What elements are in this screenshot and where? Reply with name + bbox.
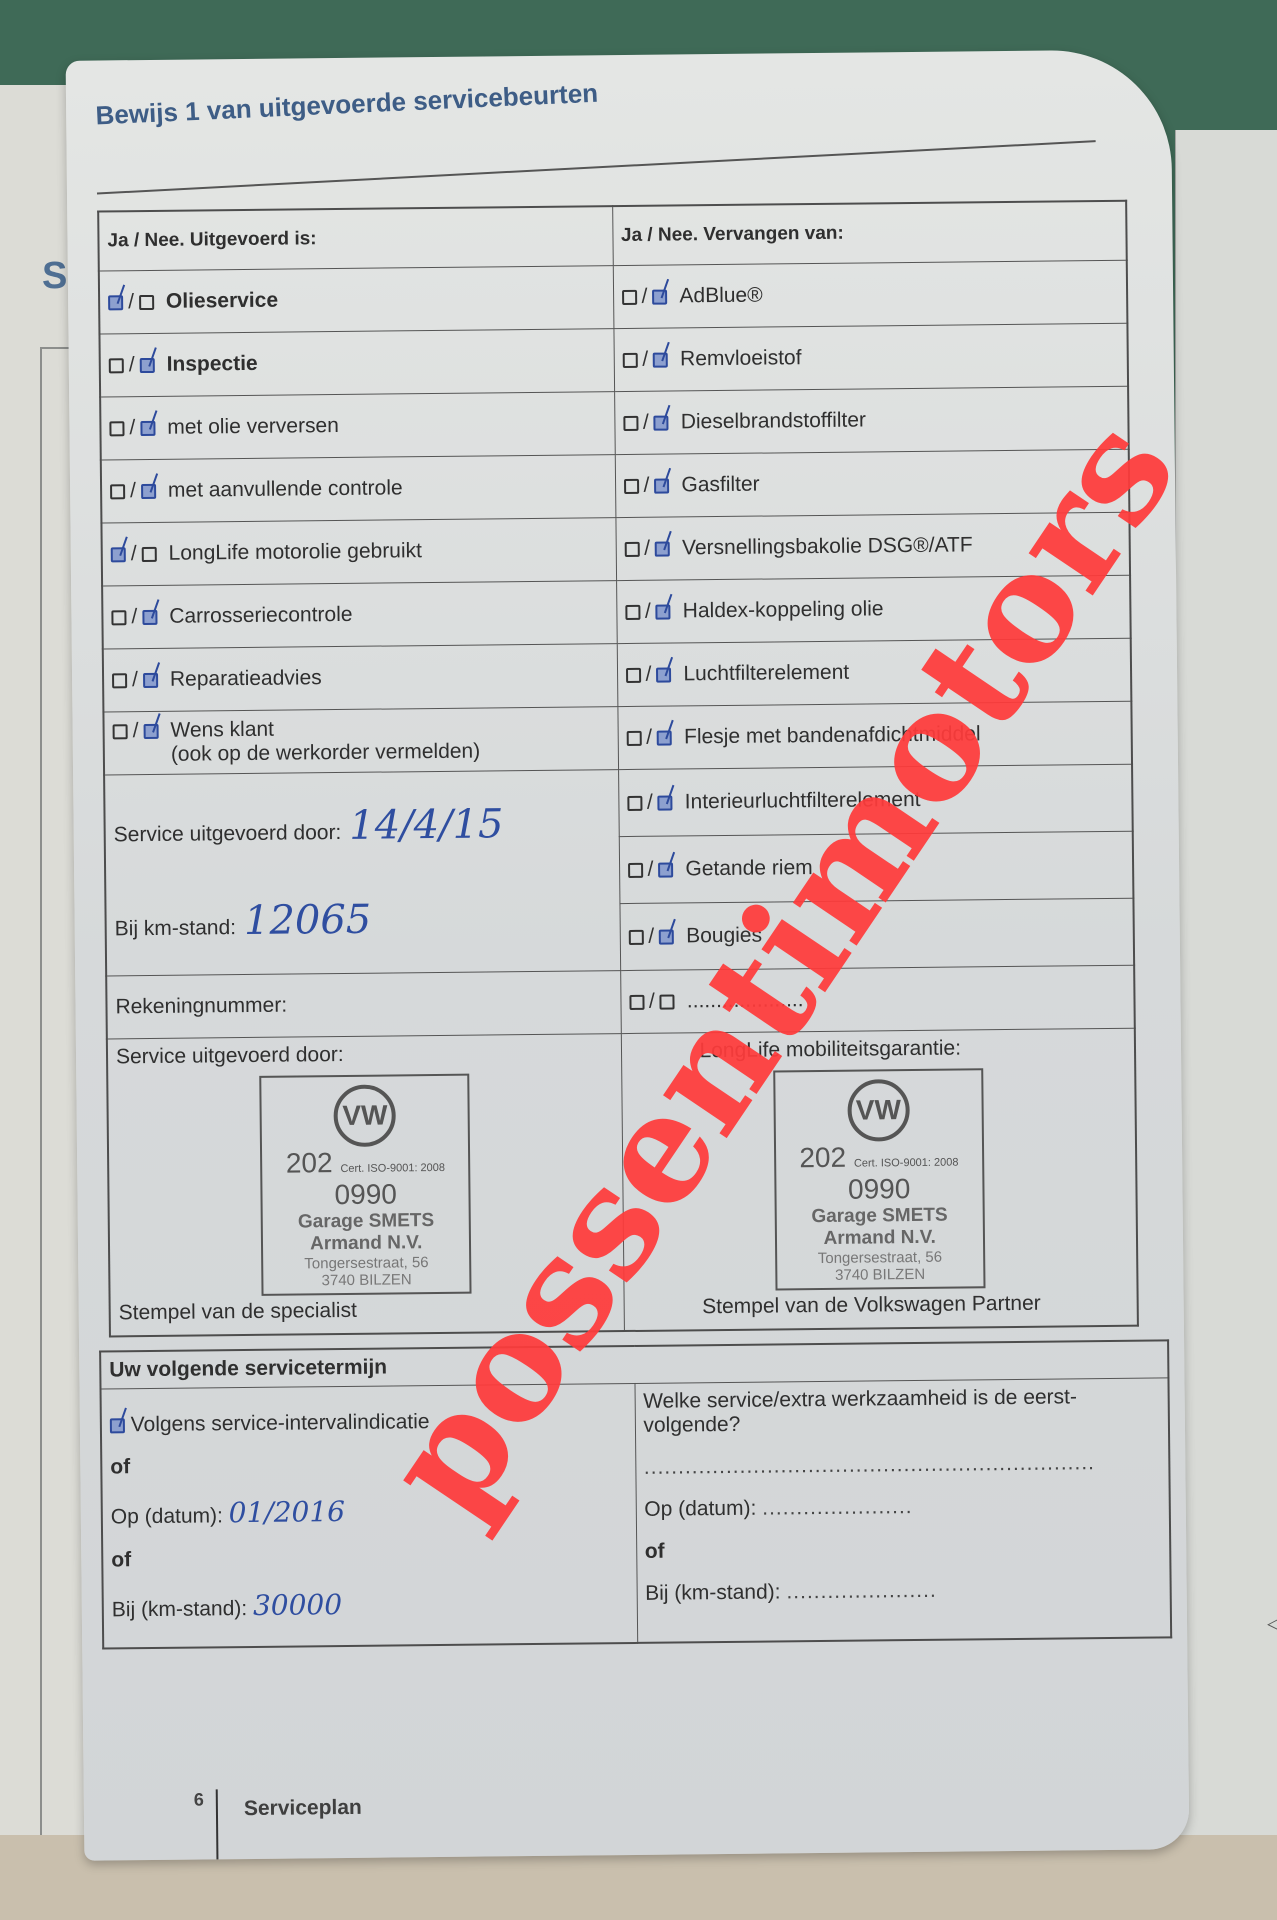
replaced-nee-checkbox[interactable] [657,730,672,745]
right-date-field[interactable]: ...................... [762,1495,913,1520]
slash-separator: / [643,411,649,434]
replaced-nee-checkbox[interactable] [654,478,669,493]
longlife-label: LongLife mobiliteitsgarantie: [699,1037,961,1063]
replaced-label: Gasfilter [681,473,759,497]
replaced-label: .................... [687,988,804,1012]
title-rule [97,140,1096,194]
performed-item: /met olie verversen [100,392,615,460]
performed-nee-checkbox[interactable] [141,484,156,499]
slash-separator: / [641,285,647,308]
replaced-ja-checkbox[interactable] [625,668,640,683]
performed-label: Olieservice [166,289,278,313]
performed-ja-checkbox[interactable] [112,673,127,688]
interval-checkbox[interactable] [110,1418,125,1433]
replaced-label: Luchtfilterelement [683,661,849,686]
next-service-table: Uw volgende servicetermijn Volgens servi… [99,1339,1172,1649]
table-row: Service uitgevoerd door:VW202 Cert. ISO-… [107,1028,1138,1336]
performed-label: LongLife motorolie gebruikt [168,539,422,565]
right-km-field[interactable]: ...................... [786,1579,937,1604]
next-km-handwritten[interactable]: 30000 [253,1588,342,1622]
table-row: /met olie verversen/Dieselbrandstoffilte… [100,386,1129,460]
or-label: of [110,1450,627,1479]
performed-label: Inspectie [167,352,258,376]
performed-ja-checkbox[interactable] [108,295,123,310]
replaced-item: /Remvloeistof [613,323,1128,391]
replaced-nee-checkbox[interactable] [660,994,675,1009]
replaced-ja-checkbox[interactable] [629,995,644,1010]
slash-separator: / [132,668,138,691]
stamp-address-1: Tongersestraat, 56 [263,1254,469,1273]
slash-separator: / [131,542,137,565]
replaced-item: /.................... [620,965,1135,1033]
performed-nee-checkbox[interactable] [143,673,158,688]
next-service-answer-line[interactable]: ........................................… [644,1450,1161,1479]
dealer-stamp-1: VW202 Cert. ISO-9001: 2008 0990Garage SM… [259,1074,471,1296]
performed-item: /Olieservice [99,266,614,334]
slash-separator: / [643,474,649,497]
km-label: Bij km-stand: [115,916,237,940]
slash-separator: / [131,605,137,628]
performed-ja-checkbox[interactable] [111,610,126,625]
next-service-right: Welke service/extra werkzaamheid is de e… [634,1378,1171,1643]
stamp-address-1: Tongersestraat, 56 [777,1248,983,1267]
specialist-stamp-cell: Service uitgevoerd door:VW202 Cert. ISO-… [107,1034,624,1337]
performed-label: Carrosseriecontrole [169,603,352,628]
table-row: /Reparatieadvies/Luchtfilterelement [103,638,1132,712]
slash-separator: / [649,990,655,1013]
replaced-item: /Haldex-koppeling olie [616,575,1131,643]
service-date-handwritten[interactable]: 14/4/15 [349,801,504,849]
stamp-address-2: 3740 BILZEN [777,1265,983,1284]
replaced-label: AdBlue® [679,284,762,308]
vw-logo-icon: VW [334,1084,397,1147]
service-date-cell: Service uitgevoerd door:14/4/15Bij km-st… [104,770,620,976]
performed-label: Reparatieadvies [170,666,322,691]
slash-separator: / [128,290,134,313]
replaced-ja-checkbox[interactable] [626,731,641,746]
slash-separator: / [646,726,652,749]
replaced-item: /Bougies [619,898,1134,970]
performed-header: Ja / Nee. Uitgevoerd is: [98,206,613,271]
next-km-label: Bij (km-stand): [112,1597,248,1621]
replaced-ja-checkbox[interactable] [624,542,639,557]
stamp-code-right: 0990 [334,1178,397,1210]
performed-label: met aanvullende controle [168,476,403,501]
replaced-header: Ja / Nee. Vervangen van: [612,201,1127,266]
performed-item: /Inspectie [99,329,614,397]
replaced-ja-checkbox[interactable] [628,930,643,945]
replaced-ja-checkbox[interactable] [627,796,642,811]
service-by-label-2: Service uitgevoerd door: [116,1043,344,1068]
slash-separator: / [129,416,135,439]
slash-separator: / [130,479,136,502]
stamp-code-left: 202 [286,1147,333,1178]
performed-item: /Reparatieadvies [103,644,618,712]
stamp-name-1: Garage SMETS [263,1210,469,1234]
slash-separator: / [642,348,648,371]
replaced-label: Dieselbrandstoffilter [681,408,866,433]
replaced-nee-checkbox[interactable] [655,541,670,556]
service-record-table: Ja / Nee. Uitgevoerd is: Ja / Nee. Verva… [97,200,1139,1338]
table-row: Service uitgevoerd door:14/4/15Bij km-st… [104,764,1133,842]
replaced-ja-checkbox[interactable] [623,416,638,431]
right-date-label: Op (datum): [644,1497,756,1521]
performed-ja-checkbox[interactable] [109,421,124,436]
replaced-item: /Flesje met bandenafdichtmiddel [617,701,1132,769]
performed-item: /Carrosseriecontrole [102,581,617,649]
dealer-stamp-2: VW202 Cert. ISO-9001: 2008 0990Garage SM… [773,1068,985,1290]
slash-separator: / [648,925,654,948]
replaced-label: Haldex-koppeling olie [683,597,884,622]
performed-label: met olie verversen [167,414,339,439]
replaced-label: Bougies [686,924,762,948]
replaced-item: /Interieurluchtfilterelement [618,764,1133,836]
performed-item: /Wens klant(ook op de werkorder vermelde… [103,707,618,775]
replaced-nee-checkbox[interactable] [659,929,674,944]
invoice-label: Rekeningnummer: [115,994,287,1019]
replaced-item: /Dieselbrandstoffilter [614,386,1129,454]
slash-separator: / [645,600,651,623]
slash-separator: / [129,353,135,376]
performed-nee-checkbox[interactable] [142,610,157,625]
next-date-handwritten[interactable]: 01/2016 [229,1495,346,1529]
stamp-code-left: 202 [799,1142,846,1173]
page-number: 6 [194,1789,204,1810]
replaced-nee-checkbox[interactable] [658,862,673,877]
specialist-stamp-label: Stempel van de specialist [119,1299,357,1324]
replaced-nee-checkbox[interactable] [656,667,671,682]
slash-separator: / [647,791,653,814]
replaced-label: Interieurluchtfilterelement [685,788,921,813]
replaced-ja-checkbox[interactable] [625,605,640,620]
or-label: of [111,1543,628,1572]
invoice-cell: Rekeningnummer: [106,971,621,1039]
right-km-label: Bij (km-stand): [645,1580,781,1604]
vw-partner-stamp-label: Stempel van de Volkswagen Partner [702,1292,1041,1319]
performed-nee-checkbox[interactable] [143,724,158,739]
performed-ja-checkbox[interactable] [110,484,125,499]
performed-item: /met aanvullende controle [101,455,616,523]
stamp-name-2: Armand N.V. [777,1226,983,1250]
replaced-nee-checkbox[interactable] [652,289,667,304]
vw-partner-stamp-cell: LongLife mobiliteitsgarantie:VW202 Cert.… [621,1028,1138,1331]
replaced-nee-checkbox[interactable] [658,795,673,810]
performed-ja-checkbox[interactable] [113,724,128,739]
table-row: /LongLife motorolie gebruikt/Versnelling… [101,512,1130,586]
performed-nee-checkbox[interactable] [139,295,154,310]
table-row: Rekeningnummer:/.................... [106,965,1135,1039]
slash-separator: / [133,719,139,742]
performed-label-note: (ook op de werkorder vermelden) [171,740,481,766]
replaced-label: Remvloeistof [680,346,802,370]
or-label: of [645,1534,1162,1563]
replaced-nee-checkbox[interactable] [653,352,668,367]
replaced-ja-checkbox[interactable] [622,353,637,368]
left-page-tab-letter: S [42,255,67,298]
table-row: /Inspectie/Remvloeistof [99,323,1128,397]
footer-section: Serviceplan [244,1796,362,1821]
performed-ja-checkbox[interactable] [111,547,126,562]
next-service-left: Volgens service-intervalindicatie of Op … [101,1383,638,1648]
slash-separator: / [644,537,650,560]
page-title: Bewijs 1 van uitgevoerde servicebeurten [95,78,599,132]
replaced-ja-checkbox[interactable] [628,863,643,878]
replaced-label: Flesje met bandenafdichtmiddel [684,722,981,748]
replaced-item: /AdBlue® [613,260,1128,328]
replaced-label: Versnellingsbakolie DSG®/ATF [682,533,973,559]
replaced-item: /Gasfilter [615,449,1130,517]
performed-nee-checkbox[interactable] [140,421,155,436]
interval-label: Volgens service-intervalindicatie [131,1410,430,1436]
stamp-cert: Cert. ISO-9001: 2008 [854,1157,959,1170]
performed-nee-checkbox[interactable] [140,358,155,373]
replaced-item: /Luchtfilterelement [617,638,1132,706]
stamp-name-2: Armand N.V. [263,1232,469,1256]
replaced-ja-checkbox[interactable] [622,290,637,305]
stamp-cert: Cert. ISO-9001: 2008 [340,1162,445,1175]
triangle-marker-icon: ◁ [1267,1613,1277,1634]
stamp-address-2: 3740 BILZEN [264,1271,470,1290]
slash-separator: / [645,663,651,686]
performed-item: /LongLife motorolie gebruikt [101,518,616,586]
table-row: /Olieservice/AdBlue® [99,260,1128,334]
km-handwritten[interactable]: 12065 [244,897,372,944]
service-booklet-page: Bewijs 1 van uitgevoerde servicebeurten … [66,49,1190,1860]
underlying-right-page [1175,130,1277,1890]
next-date-label: Op (datum): [111,1504,223,1528]
stamp-name-1: Garage SMETS [776,1204,982,1228]
replaced-ja-checkbox[interactable] [624,479,639,494]
replaced-label: Getande riem [685,856,812,880]
replaced-nee-checkbox[interactable] [654,415,669,430]
replaced-item: /Versnellingsbakolie DSG®/ATF [615,512,1130,580]
table-row: /Carrosseriecontrole/Haldex-koppeling ol… [102,575,1131,649]
performed-nee-checkbox[interactable] [142,547,157,562]
footer-divider [216,1789,219,1859]
replaced-nee-checkbox[interactable] [656,604,671,619]
performed-ja-checkbox[interactable] [109,358,124,373]
vw-logo-icon: VW [847,1079,910,1142]
table-row: /Wens klant(ook op de werkorder vermelde… [103,701,1132,775]
slash-separator: / [647,858,653,881]
stamp-code-right: 0990 [848,1173,911,1205]
service-by-label: Service uitgevoerd door: [114,821,342,846]
next-service-question: Welke service/extra werkzaamheid is de e… [643,1384,1160,1437]
table-row: /met aanvullende controle/Gasfilter [101,449,1130,523]
performed-label: Wens klant [170,718,274,742]
replaced-item: /Getande riem [619,831,1134,903]
